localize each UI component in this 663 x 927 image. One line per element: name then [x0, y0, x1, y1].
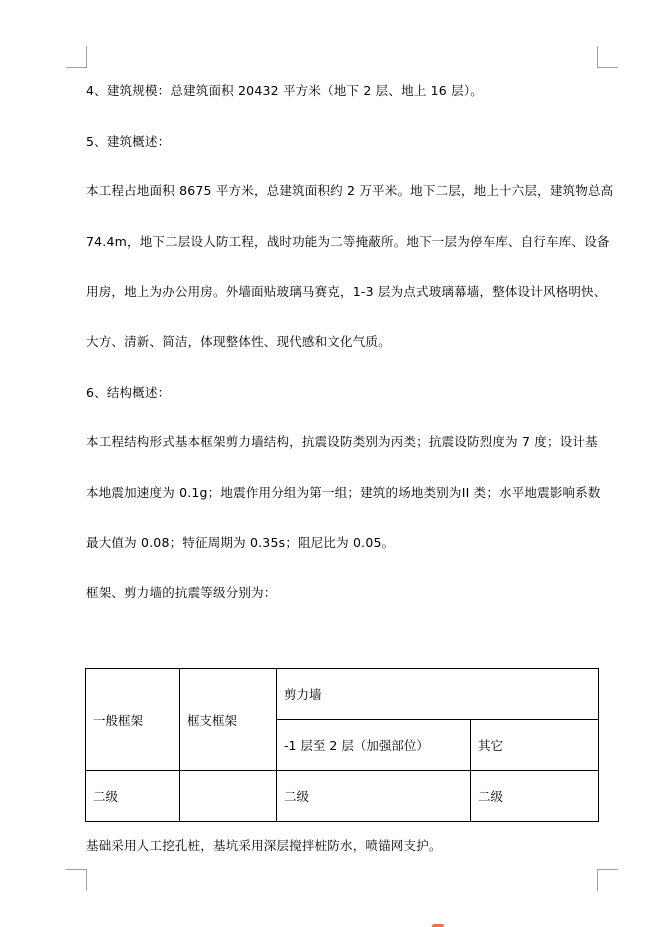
- corner-mark-top-right: [597, 46, 618, 68]
- paragraph-line: 74.4m，地下二层设人防工程，战时功能为二等掩蔽所。地下一层为停车库、自行车库…: [86, 234, 606, 250]
- cell-shear-wall-strengthened: 二级: [277, 771, 471, 822]
- heading-building-overview: 5、建筑概述：: [86, 134, 606, 150]
- paragraph-foundation: 基础采用人工挖孔桩，基坑采用深层搅拌桩防水，喷锚网支护。: [86, 838, 606, 854]
- paragraph-line: 用房，地上为办公用房。外墙面贴玻璃马赛克，1-3 层为点式玻璃幕墙，整体设计风格…: [86, 284, 606, 300]
- cell-general-frame: 二级: [86, 771, 180, 822]
- corner-mark-bottom-right: [597, 869, 618, 891]
- corner-mark-bottom-left: [66, 869, 87, 891]
- heading-structure-overview: 6、结构概述：: [86, 385, 606, 401]
- cell-shear-wall-other: 二级: [471, 771, 599, 822]
- paragraph-seismic-grade-intro: 框架、剪力墙的抗震等级分别为：: [86, 585, 606, 601]
- paragraph-line: 最大值为 0.08；特征周期为 0.35s；阻尼比为 0.05。: [86, 535, 606, 551]
- paragraph-building-scale: 4、建筑规模：总建筑面积 20432 平方米（地下 2 层、地上 16 层）。: [86, 83, 606, 99]
- corner-mark-top-left: [66, 46, 87, 68]
- table-row: 二级 二级 二级: [86, 771, 599, 822]
- paragraph-line: 本工程结构形式基本框架剪力墙结构，抗震设防类别为丙类；抗震设防烈度为 7 度；设…: [86, 434, 606, 450]
- paragraph-line: 大方、清新、简洁，体现整体性、现代感和文化气质。: [86, 334, 606, 350]
- header-general-frame: 一般框架: [86, 669, 180, 771]
- header-transfer-frame: 框支框架: [180, 669, 277, 771]
- paragraph-line: 本工程占地面积 8675 平方米，总建筑面积约 2 万平米。地下二层，地上十六层…: [86, 183, 606, 199]
- paragraph-line: 本地震加速度为 0.1g；地震作用分组为第一组；建筑的场地类别为II 类；水平地…: [86, 485, 606, 501]
- header-shear-wall-other: 其它: [471, 720, 599, 771]
- cell-transfer-frame: [180, 771, 277, 822]
- header-shear-wall-strengthened: -1 层至 2 层（加强部位）: [277, 720, 471, 771]
- seismic-grade-table: 一般框架 框支框架 剪力墙 -1 层至 2 层（加强部位） 其它 二级 二级 二…: [85, 668, 599, 822]
- header-shear-wall: 剪力墙: [277, 669, 599, 720]
- document-page: 4、建筑规模：总建筑面积 20432 平方米（地下 2 层、地上 16 层）。 …: [0, 0, 663, 927]
